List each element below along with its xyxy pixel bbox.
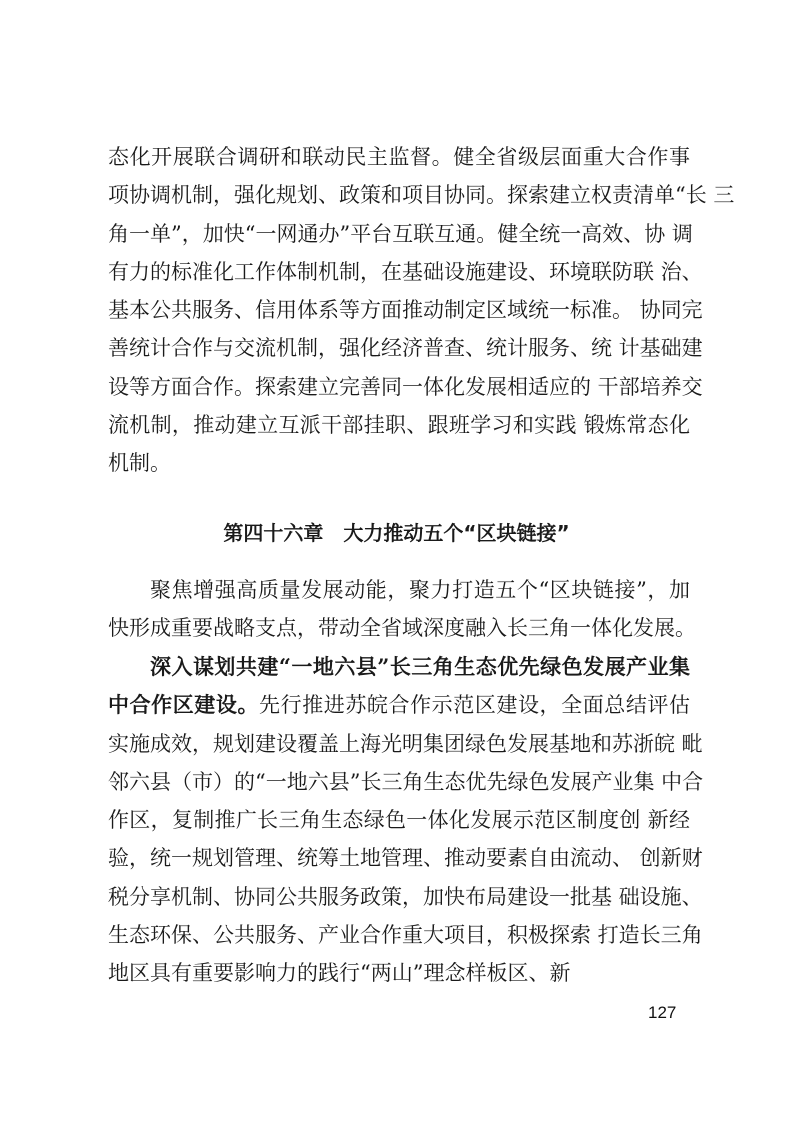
paragraph-line: 地区具有重要影响力的践行“两山”理念样板区、新: [108, 960, 690, 986]
paragraph-line: 流机制，推动建立互派干部挂职、跟班学习和实践 锻炼常态化: [108, 412, 690, 438]
paragraph-line: 实施成效，规划建设覆盖上海光明集团绿色发展基地和苏浙皖 毗: [108, 731, 690, 757]
paragraph-line: 角一单”，加快“一网通办”平台互联互通。健全统一高效、协 调: [108, 221, 690, 247]
bold-lead-sentence-end: 中合作区建设。: [108, 692, 259, 717]
paragraph-line: 机制。: [108, 450, 690, 476]
bold-lead-sentence: 深入谋划共建“一地六县”长三角生态优先绿色发展产业集: [150, 654, 690, 680]
paragraph-line: 中合作区建设。先行推进苏皖合作示范区建设，全面总结评估: [108, 692, 690, 718]
paragraph-line: 邻六县（市）的“一地六县”长三角生态优先绿色发展产业集 中合: [108, 769, 690, 795]
paragraph-text: 先行推进苏皖合作示范区建设，全面总结评估: [259, 693, 690, 717]
page-number: 127: [648, 1003, 676, 1023]
paragraph-line: 快形成重要战略支点，带动全省域深度融入长三角一体化发展。: [108, 615, 690, 641]
paragraph-line: 善统计合作与交流机制，强化经济普查、统计服务、统 计基础建: [108, 335, 690, 361]
paragraph-line: 有力的标准化工作体制机制，在基础设施建设、环境联防联 治、: [108, 259, 690, 285]
paragraph-line: 税分享机制、协同公共服务政策，加快布局建设一批基 础设施、: [108, 884, 690, 910]
paragraph-line: 验，统一规划管理、统筹土地管理、推动要素自由流动、 创新财: [108, 845, 690, 871]
paragraph-line: 作区，复制推广长三角生态绿色一体化发展示范区制度创 新经: [108, 807, 690, 833]
paragraph-line: 聚焦增强高质量发展动能，聚力打造五个“区块链接”，加: [150, 577, 690, 603]
document-page: 态化开展联合调研和联动民主监督。健全省级层面重大合作事 项协调机制，强化规划、政…: [0, 0, 793, 1122]
paragraph-line: 基本公共服务、信用体系等方面推动制定区域统一标准。 协同完: [108, 297, 690, 323]
paragraph-line: 生态环保、公共服务、产业合作重大项目，积极探索 打造长三角: [108, 922, 690, 948]
chapter-heading: 第四十六章 大力推动五个“区块链接”: [0, 517, 793, 546]
paragraph-line: 项协调机制，强化规划、政策和项目协同。探索建立权责清单“长 三: [108, 182, 690, 208]
paragraph-line: 态化开展联合调研和联动民主监督。健全省级层面重大合作事: [108, 144, 690, 170]
paragraph-line: 设等方面合作。探索建立完善同一体化发展相适应的 干部培养交: [108, 374, 690, 400]
